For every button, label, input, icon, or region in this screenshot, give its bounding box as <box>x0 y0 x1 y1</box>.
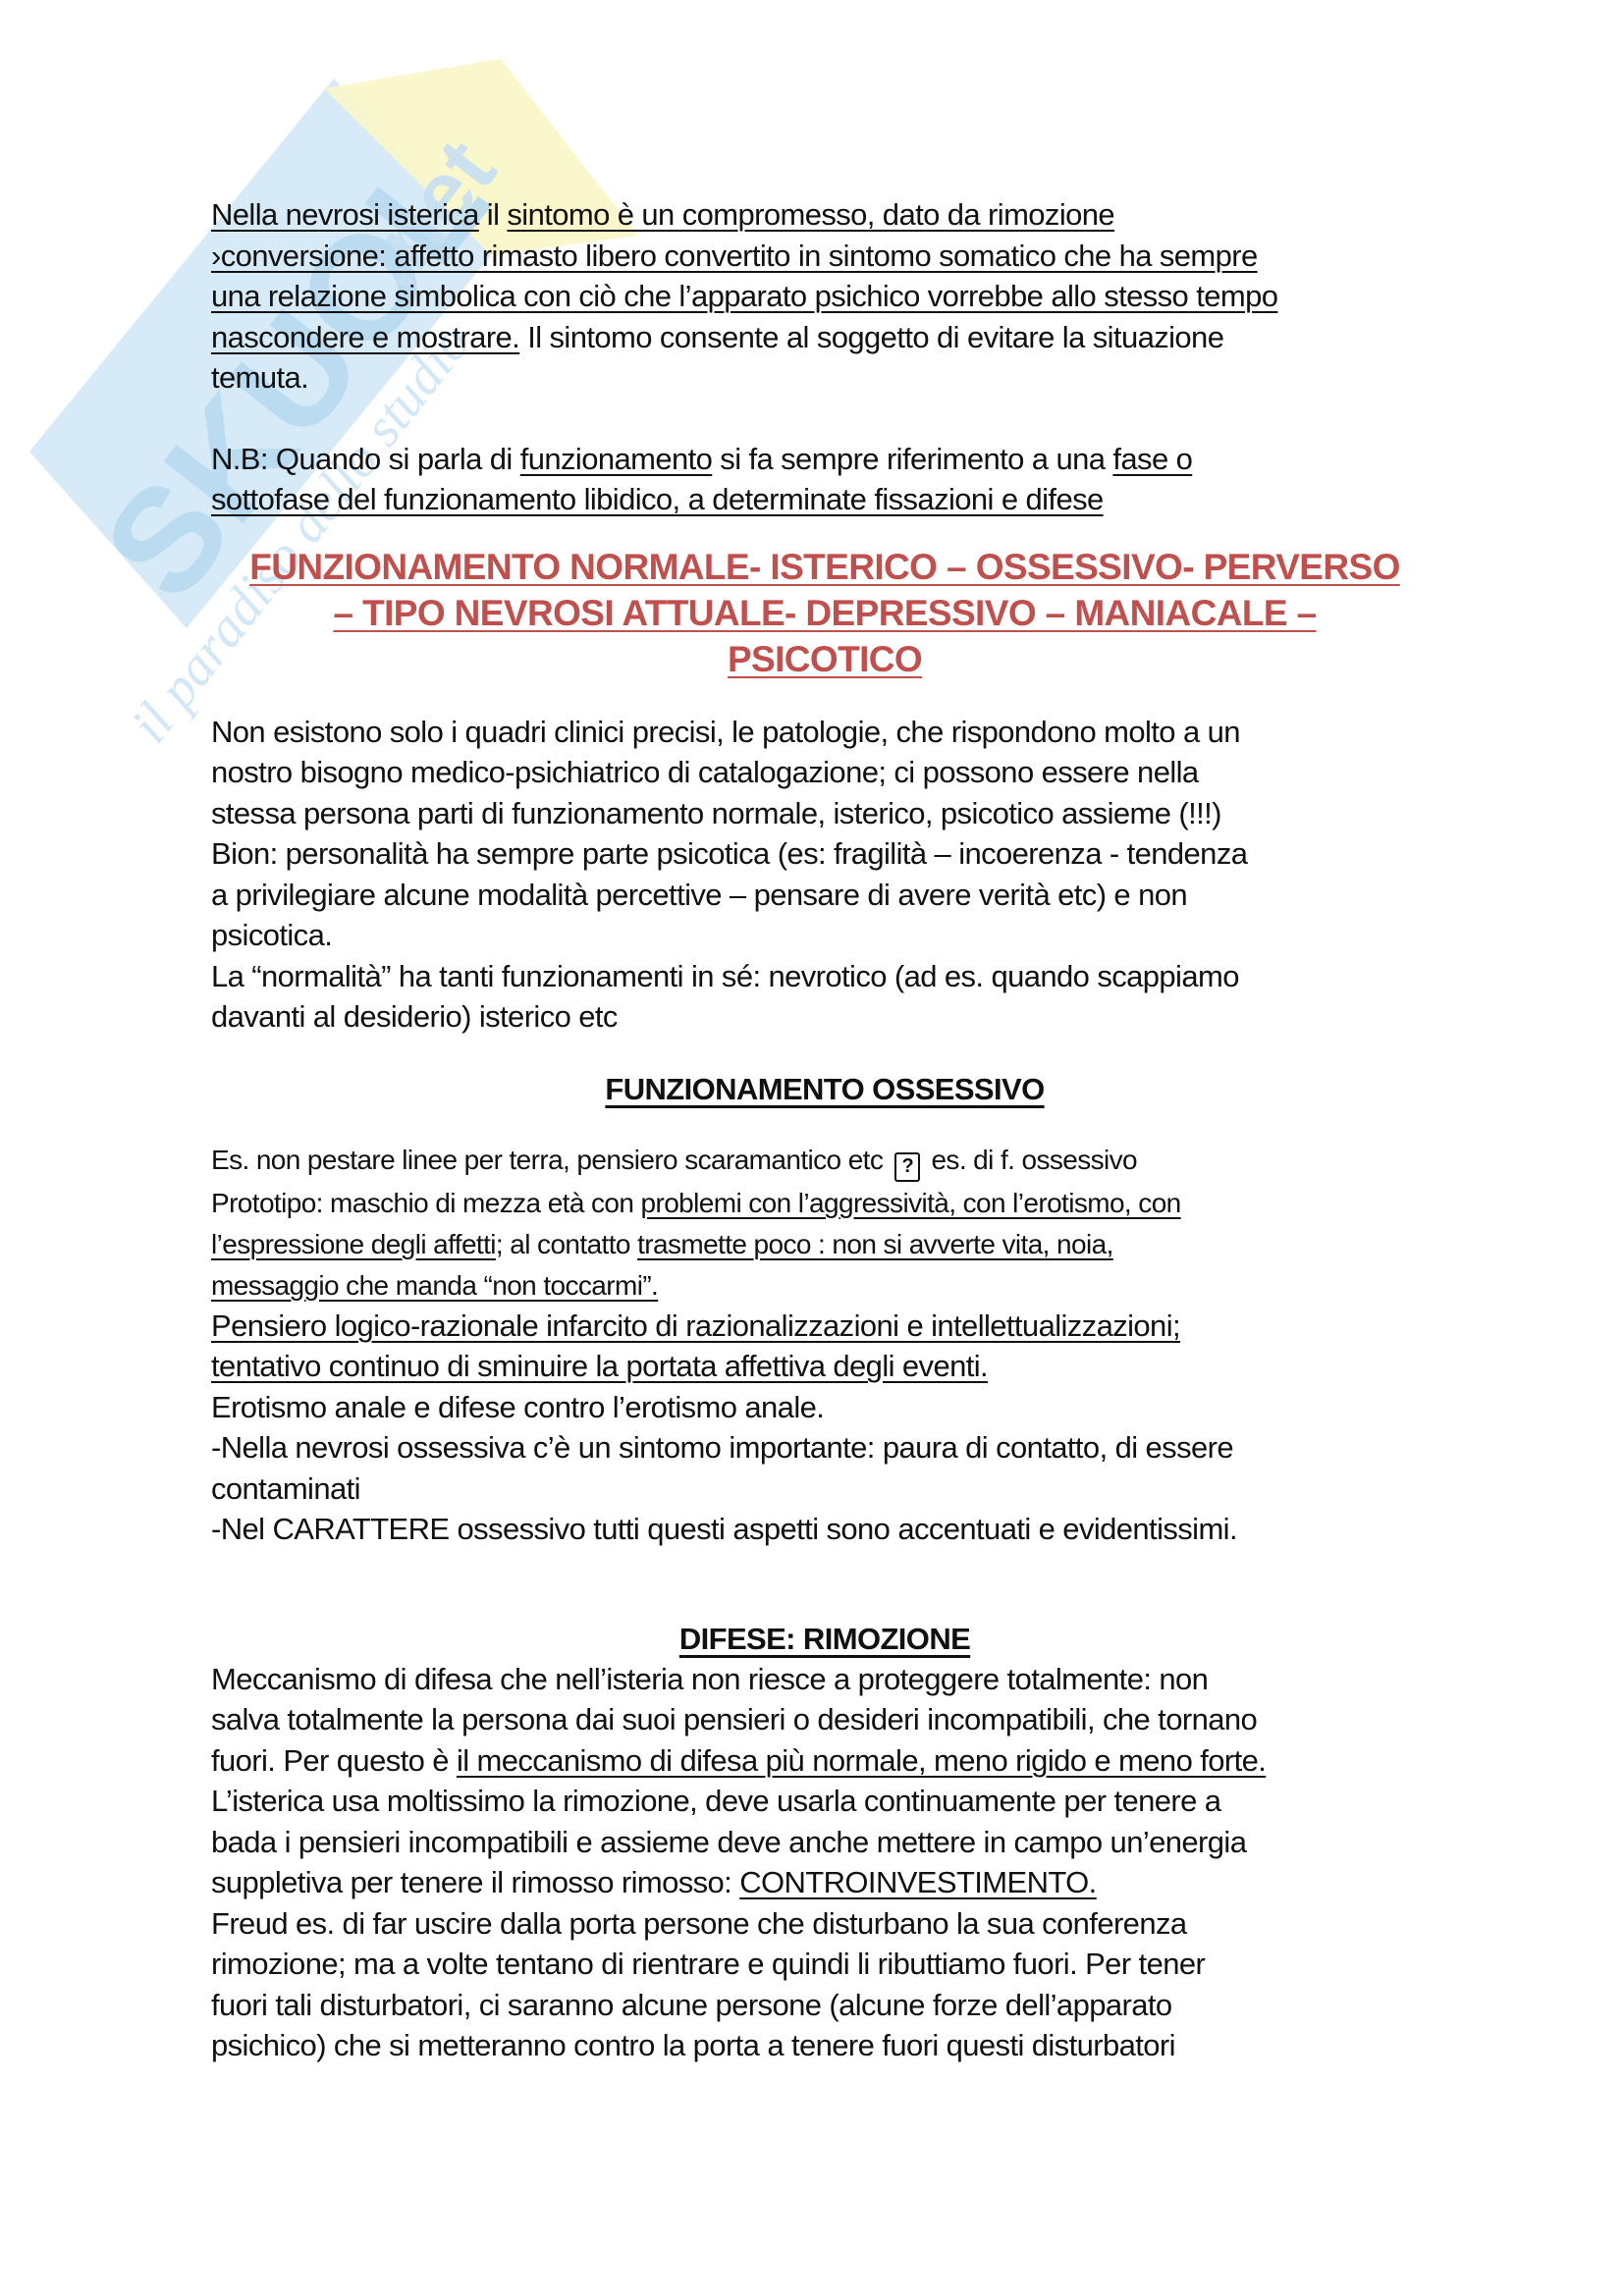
text-span: funzionamento <box>520 442 713 476</box>
text-span: suppletiva per tenere il rimosso rimosso… <box>211 1865 739 1899</box>
text-line: Erotismo anale e difese contro l’erotism… <box>211 1390 824 1424</box>
text-span: Prototipo: maschio di mezza età con <box>211 1188 641 1218</box>
text-span: sottofase del funzionamento libidico, a … <box>211 482 1104 516</box>
text-span: il meccanismo di difesa più normale, men… <box>457 1743 1266 1778</box>
document-page: SKUOL .net il paradiso dello studio Nell… <box>0 0 1624 2296</box>
text-line: Meccanismo di difesa che nell’isteria no… <box>211 1662 1208 1696</box>
text-line: Bion: personalità ha sempre parte psicot… <box>211 836 1247 871</box>
text-line: contaminati <box>211 1471 360 1506</box>
text-span: messaggio che manda “non toccarmi”. <box>211 1270 658 1301</box>
paragraph-nb: N.B: Quando si parla di funzionamento si… <box>211 439 1438 520</box>
text-line: -Nella nevrosi ossessiva c’è un sintomo … <box>211 1430 1233 1465</box>
text-line: stessa persona parti di funzionamento no… <box>211 796 1221 830</box>
text-line: psichico) che si metteranno contro la po… <box>211 2028 1175 2062</box>
text-line: Freud es. di far uscire dalla porta pers… <box>211 1906 1187 1941</box>
section-heading-ossessivo: FUNZIONAMENTO OSSESSIVO <box>211 1069 1438 1109</box>
text-span: una relazione simbolica con ciò che l’ap… <box>211 279 1277 313</box>
text-line: rimozione; ma a volte tentano di rientra… <box>211 1947 1205 1981</box>
text-line: La “normalità” ha tanti funzionamenti in… <box>211 959 1239 993</box>
heading-line: – TIPO NEVROSI ATTUALE- DEPRESSIVO – MAN… <box>333 593 1316 633</box>
text-line: salva totalmente la persona dai suoi pen… <box>211 1702 1257 1736</box>
text-span: Nella nevrosi isterica <box>211 197 479 232</box>
text-span: fuori. Per questo è <box>211 1743 457 1778</box>
text-line: -Nel CARATTERE ossessivo tutti questi as… <box>211 1512 1237 1546</box>
text-span: il <box>479 197 508 232</box>
text-span: es. di f. ossessivo <box>924 1145 1137 1175</box>
text-span: CONTROINVESTIMENTO. <box>739 1865 1097 1899</box>
section-heading-funzionamenti: FUNZIONAMENTO NORMALE- ISTERICO – OSSESS… <box>211 544 1438 682</box>
text-span: temuta. <box>211 360 308 395</box>
heading-text: DIFESE: RIMOZIONE <box>679 1622 970 1656</box>
text-span: ; al contatto <box>496 1229 637 1259</box>
document-body: Nella nevrosi isterica il sintomo è un c… <box>211 194 1438 2066</box>
paragraph-rimozione: Meccanismo di difesa che nell’isteria no… <box>211 1659 1438 2066</box>
heading-text: FUNZIONAMENTO OSSESSIVO <box>605 1072 1044 1106</box>
text-span: si fa sempre riferimento a una <box>712 442 1112 476</box>
text-span: ›conversione: affetto rimasto libero con… <box>211 239 1258 273</box>
text-line: davanti al desiderio) isterico etc <box>211 999 618 1034</box>
text-span: N.B: Quando si parla di <box>211 442 520 476</box>
text-line: nostro bisogno medico-psichiatrico di ca… <box>211 755 1199 789</box>
text-span: Pensiero logico-razionale infarcito di r… <box>211 1308 1180 1343</box>
section-heading-rimozione: DIFESE: RIMOZIONE <box>211 1619 1438 1659</box>
text-span: fase o <box>1112 442 1192 476</box>
text-span: tentativo continuo di sminuire la portat… <box>211 1349 988 1383</box>
text-span: Il sintomo consente al soggetto di evita… <box>519 320 1223 354</box>
text-line: psicotica. <box>211 918 332 952</box>
text-line: Non esistono solo i quadri clinici preci… <box>211 715 1240 749</box>
missing-glyph-icon: ? <box>894 1152 920 1182</box>
text-line: L’isterica usa moltissimo la rimozione, … <box>211 1784 1220 1818</box>
text-line: bada i pensieri incompatibili e assieme … <box>211 1825 1246 1859</box>
text-span: sintomo è un compromesso, dato da rimozi… <box>507 197 1114 232</box>
text-span: nascondere e mostrare. <box>211 320 519 354</box>
paragraph-isterica: Nella nevrosi isterica il sintomo è un c… <box>211 194 1438 399</box>
text-span: trasmette poco : non si avverte vita, no… <box>637 1229 1113 1259</box>
text-line: a privilegiare alcune modalità percettiv… <box>211 878 1187 912</box>
heading-line: PSICOTICO <box>728 639 922 679</box>
text-span: l’espressione degli affetti <box>211 1229 496 1259</box>
text-span: Es. non pestare linee per terra, pensier… <box>211 1145 883 1175</box>
paragraph-general: Non esistono solo i quadri clinici preci… <box>211 712 1438 1038</box>
heading-line: FUNZIONAMENTO NORMALE- ISTERICO – OSSESS… <box>249 547 1400 587</box>
text-line: fuori tali disturbatori, ci saranno alcu… <box>211 1988 1172 2022</box>
paragraph-ossessivo: Es. non pestare linee per terra, pensier… <box>211 1139 1438 1550</box>
text-span: problemi con l’aggressività, con l’eroti… <box>641 1188 1181 1218</box>
